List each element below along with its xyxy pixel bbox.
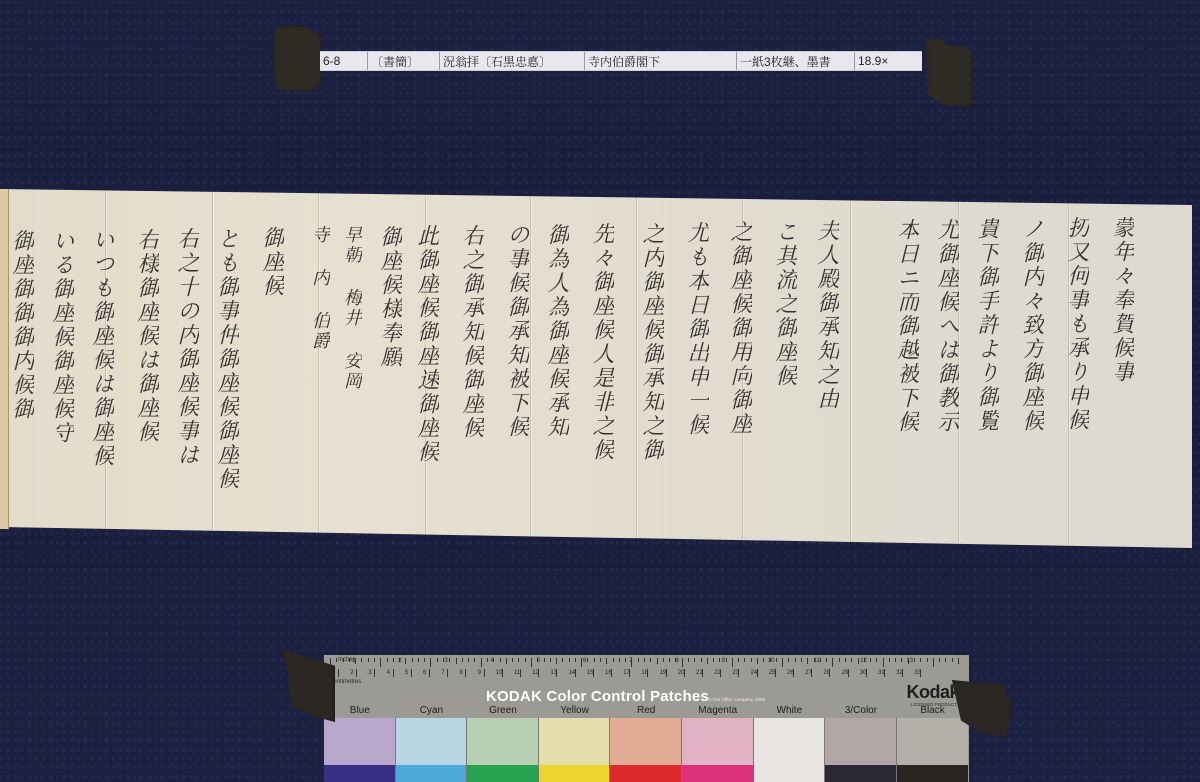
cm-tick: [629, 669, 630, 677]
ruler-tick: [474, 658, 475, 662]
handwritten-column: 貴下御手許より御覧: [971, 217, 1001, 433]
ruler-tick: [889, 658, 890, 662]
patch-saturated-swatch: [825, 765, 896, 782]
patch-saturated-swatch: [539, 765, 610, 782]
ruler-tick: [650, 658, 651, 662]
manuscript-paper: 蒙年々奉賀候事扨又何事も承り申候ノ御内々致方御座候貴下御手許より御覧尤御座候へは…: [0, 185, 1192, 550]
ruler-tick: [613, 658, 614, 662]
ruler-tick: [430, 658, 431, 667]
cm-tick: [811, 669, 812, 677]
ruler-tick: [927, 658, 928, 662]
ruler-tick: [801, 658, 802, 662]
ruler-tick: [782, 658, 783, 667]
handwritten-column: ノ御内々致方御座候: [1016, 217, 1046, 433]
handwritten-column: 尤も本日御出申一候: [681, 221, 711, 437]
patch-light-swatch: [754, 718, 825, 765]
patch-saturated-swatch: [324, 765, 395, 782]
ruler-tick: [657, 658, 658, 664]
cm-mark: 7: [441, 670, 444, 676]
patch-cyan: [396, 718, 468, 782]
cm-tick: [593, 669, 594, 677]
handwritten-column: 尤御座候へは御教示: [931, 218, 961, 434]
ruler-tick: [763, 658, 764, 662]
ruler-tick: [550, 658, 551, 662]
cm-tick: [393, 669, 394, 677]
handwritten-column: いる御座候御座候守: [46, 229, 76, 445]
ruler-tick: [506, 658, 507, 664]
cm-tick: [738, 669, 739, 677]
cm-tick: [793, 669, 794, 677]
cm-tick: [684, 669, 685, 677]
cm-tick: [429, 669, 430, 677]
ruler-tick: [487, 658, 488, 662]
cm-tick: [520, 669, 521, 677]
patch-light-swatch: [897, 718, 969, 765]
ruler-tick: [468, 658, 469, 662]
tape-top-right: [925, 37, 973, 107]
handwritten-column: 右様御座候は御座候: [131, 228, 161, 444]
kodak-logo: Kodak: [906, 682, 959, 703]
ruler-tick: [738, 658, 739, 662]
handwritten-column: 之内御座候御承知之御: [636, 222, 666, 462]
patch-saturated-swatch: [754, 765, 825, 782]
patch-saturated-swatch: [897, 765, 969, 782]
patch-light-swatch: [825, 718, 896, 765]
handwritten-column: とも御事仲御座候御座候: [211, 227, 241, 491]
handwritten-column: 早朝 梅井 安岡: [336, 225, 366, 391]
handwritten-column: 寺 内 伯爵: [304, 225, 334, 351]
ruler-tick: [361, 658, 362, 662]
handwritten-column: 扨又何事も承り申候: [1061, 216, 1091, 432]
ruler-tick: [437, 658, 438, 662]
ruler-tick: [456, 658, 457, 664]
inch-mark: 1: [352, 658, 355, 664]
ruler-tick: [788, 658, 789, 662]
handwritten-column: こ其流之御座候: [769, 220, 799, 388]
cm-mark: 2: [350, 670, 353, 676]
ruler-tick: [839, 658, 840, 662]
cm-tick: [647, 669, 648, 677]
ruler-tick: [336, 658, 337, 662]
patch-saturated-swatch: [682, 765, 753, 782]
cm-tick: [611, 669, 612, 677]
inch-mark: 8: [675, 658, 678, 664]
ruler-tick: [939, 658, 940, 662]
ruler-tick: [826, 658, 827, 662]
label-cell: 〔書簡〕: [368, 52, 440, 70]
cm-mark: 8: [459, 670, 462, 676]
ruler-tick: [701, 658, 702, 662]
handwritten-column: 右之十の内御座候事は: [171, 227, 201, 467]
ruler-tick: [845, 658, 846, 662]
patch-label: Black: [897, 705, 969, 719]
handwritten-column: 蒙年々奉賀候事: [1106, 216, 1136, 384]
cm-tick: [757, 669, 758, 677]
ruler-tick: [600, 658, 601, 662]
patch-light-swatch: [396, 718, 467, 765]
label-cell: 6-8: [320, 52, 368, 70]
handwritten-column: 夫人殿御承知之由: [811, 219, 841, 411]
cm-tick: [720, 669, 721, 677]
ruler-tick: [870, 658, 871, 662]
cm-tick: [775, 669, 776, 677]
paper-fold-line: [850, 185, 851, 550]
handwritten-column: 御為人為御座候承知: [541, 223, 571, 439]
handwritten-column: 此御座候御座速御座候: [411, 224, 441, 464]
ruler-tick: [481, 658, 482, 667]
ruler-tick: [945, 658, 946, 662]
inch-mark: 9: [722, 658, 725, 664]
ruler-tick: [638, 658, 639, 662]
patch-label: Green: [467, 705, 539, 719]
inch-mark: 10: [768, 658, 775, 664]
inch-mark: 2: [398, 658, 401, 664]
ruler-tick: [933, 658, 934, 667]
ruler-tick: [832, 658, 833, 667]
cm-mark: 5: [405, 670, 408, 676]
ruler-tick: [449, 658, 450, 662]
patch-label: White: [754, 705, 826, 719]
ruler-tick: [726, 658, 727, 662]
ruler-tick: [562, 658, 563, 662]
cm-mark: 3: [368, 670, 371, 676]
patch-light-swatch: [610, 718, 681, 765]
cm-tick: [484, 669, 485, 677]
cm-tick: [538, 669, 539, 677]
patch-label: Magenta: [682, 705, 754, 719]
cm-tick: [338, 669, 339, 677]
handwritten-column: 先々御座候人是非之候: [586, 222, 616, 462]
patch-white: [754, 718, 826, 782]
ruler-tick: [851, 658, 852, 662]
ruler-tick: [901, 658, 902, 662]
ruler-tick: [625, 658, 626, 662]
handwritten-column: 右之御承知候御座候: [456, 224, 486, 440]
ruler-tick: [387, 658, 388, 662]
ruler-tick: [418, 658, 419, 662]
patch-green: [467, 718, 539, 782]
patch-magenta: [682, 718, 754, 782]
handwritten-column: 本日ニ而御越被下候: [891, 218, 921, 434]
cm-tick: [884, 669, 885, 677]
tape-top-left: [272, 25, 322, 92]
card-copyright: © The Tiffen Company, 2000: [708, 697, 765, 702]
ruler-tick: [952, 658, 953, 662]
ruler-tick: [606, 658, 607, 664]
handwritten-column: 御座候: [256, 226, 286, 298]
patch-blue: [324, 718, 396, 782]
patch-red: [610, 718, 682, 782]
ruler-tick: [744, 658, 745, 662]
ruler-tick: [405, 658, 406, 664]
patch-light-swatch: [467, 718, 538, 765]
inch-mark: 11: [814, 658, 820, 664]
ruler-tick: [713, 658, 714, 662]
ruler-tick: [556, 658, 557, 664]
inch-mark: 3: [444, 658, 447, 664]
cm-tick: [465, 669, 466, 677]
label-cell: 寺内伯爵閣下: [585, 52, 737, 70]
patch-light-swatch: [324, 718, 395, 765]
patch-saturated-swatch: [396, 765, 467, 782]
cm-tick: [920, 669, 921, 677]
ruler-tick: [663, 658, 664, 662]
ruler-tick: [569, 658, 570, 662]
catalog-label-strip: 6-8〔書簡〕況翁拝〔石黒忠悳〕寺内伯爵閣下一紙3枚継、墨書18.9×: [320, 51, 922, 71]
patch-saturated-swatch: [467, 765, 538, 782]
ruler-tick: [575, 658, 576, 662]
cm-tick: [848, 669, 849, 677]
ruler-tick: [719, 658, 720, 662]
handwritten-column: 御座候様奉願: [374, 225, 404, 369]
ruler-tick: [732, 658, 733, 667]
patch-label: Yellow: [539, 705, 611, 719]
cm-mark: 6: [423, 670, 426, 676]
cm-tick: [502, 669, 503, 677]
ruler-tick: [393, 658, 394, 662]
ruler-tick: [920, 658, 921, 662]
patch-label: 3/Color: [825, 705, 897, 719]
ruler-tick: [531, 658, 532, 667]
patch-label: Red: [610, 705, 682, 719]
cm-tick: [866, 669, 867, 677]
ruler-tick: [757, 658, 758, 664]
inch-mark: 6: [583, 658, 586, 664]
label-cell: 況翁拝〔石黒忠悳〕: [440, 52, 585, 70]
ruler-tick: [876, 658, 877, 662]
ruler-tick: [914, 658, 915, 662]
cm-tick: [411, 669, 412, 677]
patch-black: [897, 718, 969, 782]
cm-tick: [666, 669, 667, 677]
patch-light-swatch: [682, 718, 753, 765]
kodak-color-card: Inches Centimetres 123456789101112131234…: [324, 655, 969, 782]
ruler-tick: [958, 658, 959, 664]
ruler-tick: [462, 658, 463, 662]
handwritten-column: の事候御承知被下候: [501, 223, 531, 439]
ruler-tick: [544, 658, 545, 662]
cm-tick: [575, 669, 576, 677]
ruler: Inches Centimetres 123456789101112131234…: [324, 655, 969, 685]
ruler-tick: [374, 658, 375, 662]
ruler-tick: [694, 658, 695, 662]
handwritten-column: 御座御御御内候御: [6, 229, 36, 421]
cm-mark: 9: [478, 670, 481, 676]
cm-tick: [556, 669, 557, 677]
inch-mark: 12: [860, 658, 867, 664]
ruler-tick: [587, 658, 588, 662]
ruler-tick: [412, 658, 413, 662]
card-title: KODAK Color Control Patches: [486, 688, 709, 705]
label-cell: 一紙3枚継、墨書: [737, 52, 855, 70]
ruler-tick: [669, 658, 670, 662]
inch-mark: 13: [906, 658, 913, 664]
ruler-tick: [512, 658, 513, 662]
ruler-tick: [682, 658, 683, 667]
cm-tick: [374, 669, 375, 677]
cm-tick: [829, 669, 830, 677]
ruler-tick: [688, 658, 689, 662]
patch-label: Cyan: [396, 705, 468, 719]
patch-3-color: [825, 718, 897, 782]
ruler-tick: [883, 658, 884, 667]
handwritten-column: いつも御座候は御座候: [86, 228, 116, 468]
ruler-tick: [349, 658, 350, 662]
inch-mark: 7: [629, 658, 632, 664]
inch-mark: 5: [537, 658, 540, 664]
inch-mark: 4: [491, 658, 494, 664]
ruler-tick: [807, 658, 808, 664]
ruler-tick: [644, 658, 645, 662]
cm-tick: [447, 669, 448, 677]
ruler-tick: [707, 658, 708, 664]
ruler-tick: [368, 658, 369, 662]
patch-saturated-swatch: [610, 765, 681, 782]
ruler-tick: [380, 658, 381, 667]
cm-tick: [356, 669, 357, 677]
cm-mark: 4: [387, 670, 390, 676]
label-cell: 18.9×: [855, 52, 922, 70]
ruler-tick: [594, 658, 595, 662]
ruler-tick: [424, 658, 425, 662]
ruler-tick: [518, 658, 519, 662]
ruler-tick: [795, 658, 796, 662]
paper-left-edge: [0, 189, 9, 529]
cm-tick: [702, 669, 703, 677]
ruler-tick: [895, 658, 896, 662]
patch-light-swatch: [539, 718, 610, 765]
color-patches: [324, 718, 969, 782]
handwritten-column: 之御座候御用向御座: [724, 220, 754, 436]
ruler-tick: [525, 658, 526, 662]
ruler-tick: [500, 658, 501, 662]
ruler-tick: [858, 658, 859, 664]
patch-labels: BlueCyanGreenYellowRedMagentaWhite3/Colo…: [324, 705, 969, 719]
ruler-tick: [751, 658, 752, 662]
patch-yellow: [539, 718, 611, 782]
ruler-tick: [343, 658, 344, 662]
cm-tick: [902, 669, 903, 677]
ruler-tick: [619, 658, 620, 662]
ruler-tick: [776, 658, 777, 662]
